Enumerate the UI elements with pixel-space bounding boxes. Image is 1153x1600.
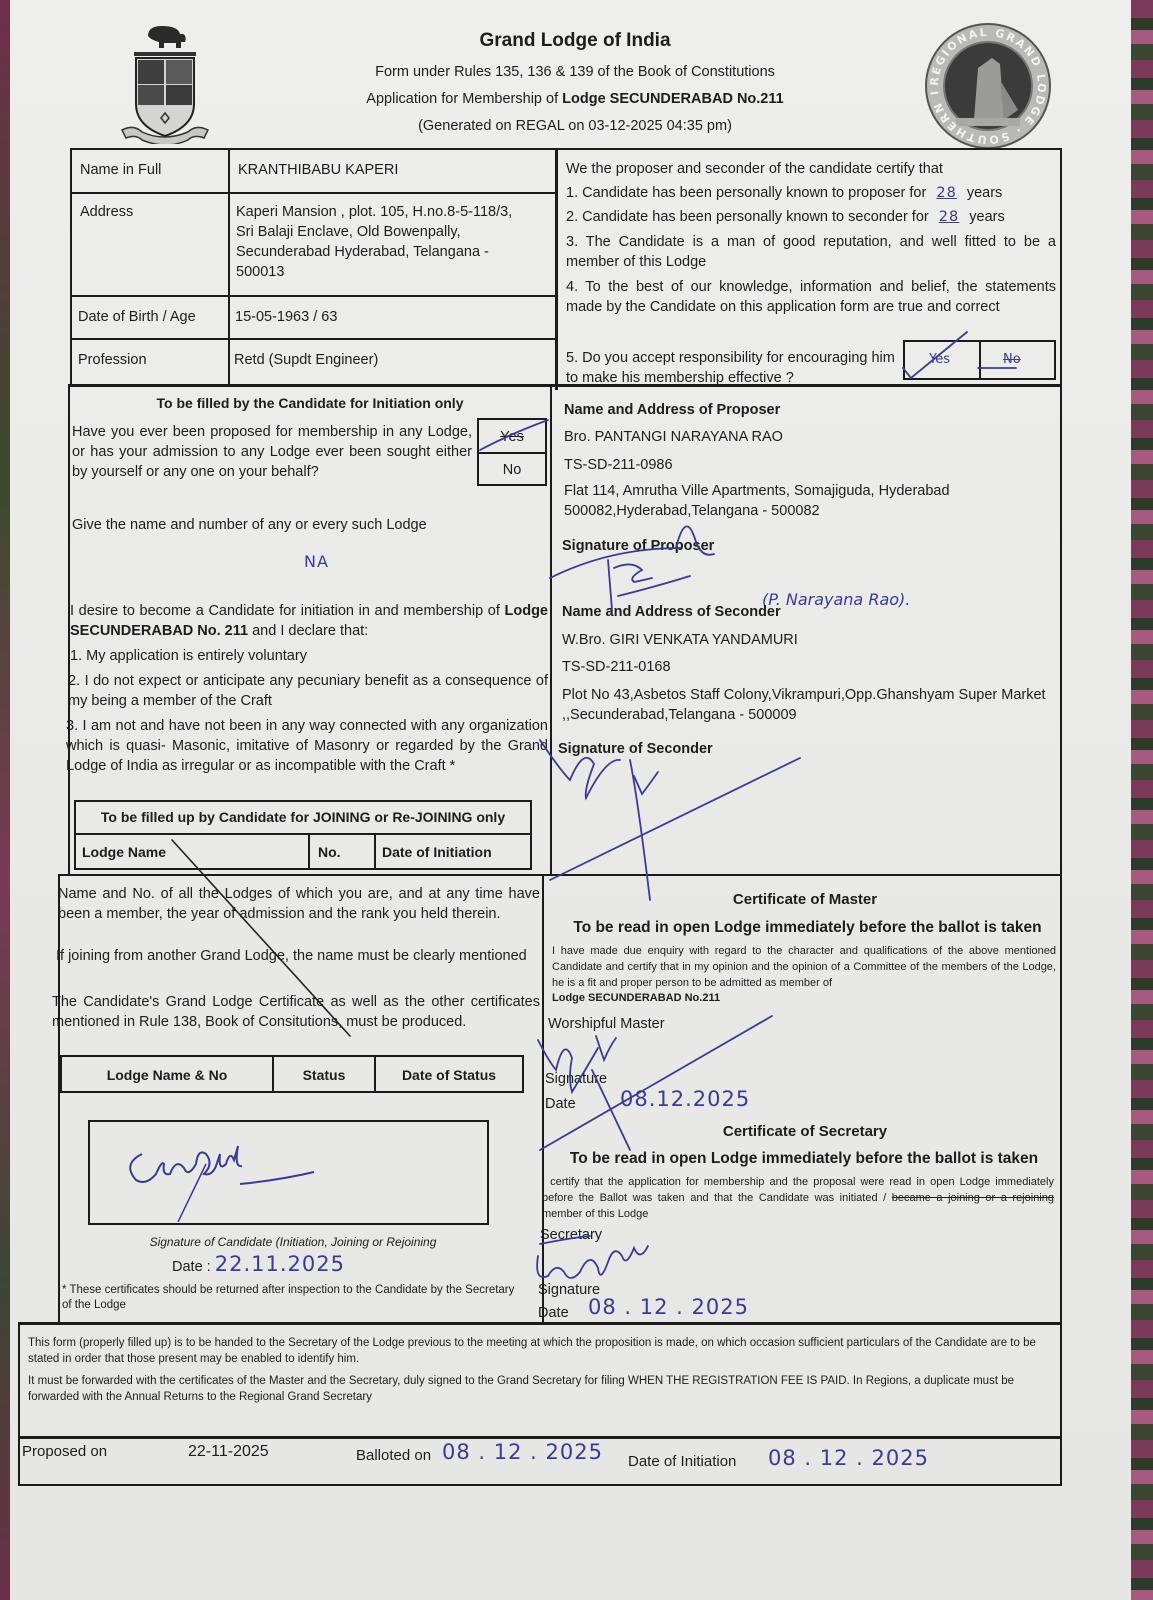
application-form-sheet: REGIONAL GRAND LODGE · SOUTHERN INDIA · … (10, 0, 1131, 1600)
label-date-of-birth-age: Date of Birth / Age (78, 307, 196, 327)
initiation-answer-box: Yes No (477, 418, 547, 486)
certify-item-2: 2. Candidate has been personally known t… (566, 207, 1005, 227)
master-signature-label: Signature (545, 1069, 607, 1089)
proposed-on-label: Proposed on (22, 1442, 107, 1462)
date-of-initiation-value[interactable]: 08 . 12 . 2025 (768, 1448, 929, 1468)
declaration-item-2: 2. I do not expect or anticipate any pec… (68, 671, 548, 711)
secretary-date-label: Date (538, 1303, 569, 1323)
value-address: Kaperi Mansion , plot. 105, H.no.8-5-118… (236, 202, 551, 282)
candidate-signature-box[interactable] (88, 1120, 489, 1225)
joining-heading: To be filled up by Candidate for JOINING… (76, 807, 530, 827)
candidate-signature-icon (90, 1122, 490, 1222)
status-col-status: Status (274, 1065, 374, 1085)
joining-note-2: If joining from another Grand Lodge, the… (56, 946, 540, 966)
secretary-certificate-body: I certify that the application for membe… (542, 1174, 1054, 1222)
seconder-heading: Name and Address of Seconder (562, 602, 781, 622)
secretary-certificate-subheading: To be read in open Lodge immediately bef… (548, 1149, 1060, 1169)
label-profession: Profession (78, 350, 147, 370)
certify-item-4: 4. To the best of our knowledge, informa… (566, 277, 1056, 317)
responsibility-no-option[interactable]: No (1003, 350, 1021, 370)
form-title: Grand Lodge of India (310, 30, 840, 52)
generated-timestamp: (Generated on REGAL on 03-12-2025 04:35 … (310, 118, 840, 134)
certify-intro: We the proposer and seconder of the cand… (566, 159, 943, 179)
joining-col-date-of-initiation: Date of Initiation (382, 842, 492, 862)
initiation-no-option[interactable]: No (479, 460, 545, 480)
master-date-label: Date (545, 1094, 576, 1114)
joining-col-lodge-name: Lodge Name (82, 842, 166, 862)
seconder-name: W.Bro. GIRI VENKATA YANDAMURI (562, 630, 798, 650)
background-fabric-right (1131, 0, 1153, 1600)
seconder-address: Plot No 43,Asbetos Staff Colony,Vikrampu… (562, 685, 1052, 725)
balloted-on-label: Balloted on (356, 1446, 431, 1466)
lodge-answer[interactable]: NA (304, 552, 329, 572)
proposed-on-value: 22-11-2025 (188, 1442, 269, 1462)
value-date-of-birth-age: 15-05-1963 / 63 (235, 307, 337, 327)
master-certificate-subheading: To be read in open Lodge immediately bef… (555, 918, 1060, 938)
declaration-item-3: 3. I am not and have not been in any way… (66, 716, 548, 776)
application-heading: Application for Membership of Lodge SECU… (310, 91, 840, 107)
master-certificate-body: I have made due enquiry with regard to t… (552, 943, 1056, 991)
lodge-prompt: Give the name and number of any or every… (72, 515, 427, 535)
joining-note-3: The Candidate's Grand Lodge Certificate … (52, 992, 540, 1032)
initiation-heading: To be filled by the Candidate for Initia… (70, 393, 550, 413)
candidate-date-value[interactable]: 22.11.2025 (215, 1252, 345, 1276)
proposer-heading: Name and Address of Proposer (564, 400, 780, 420)
candidate-signature-caption: Signature of Candidate (Initiation, Join… (58, 1232, 528, 1252)
date-of-initiation-label: Date of Initiation (628, 1452, 736, 1472)
status-col-date-of-status: Date of Status (376, 1065, 522, 1085)
proposer-years-field[interactable]: 28 (930, 185, 962, 201)
certify-item-3: 3. The Candidate is a man of good reputa… (566, 232, 1056, 272)
balloted-on-value[interactable]: 08 . 12 . 2025 (442, 1442, 603, 1462)
value-name-in-full: KRANTHIBABU KAPERI (238, 160, 398, 180)
seconder-signature-label: Signature of Seconder (558, 739, 713, 759)
certify-item-5: 5. Do you accept responsibility for enco… (566, 348, 906, 388)
certificates-footnote: * These certificates should be returned … (62, 1283, 522, 1313)
grand-lodge-crest-icon (120, 22, 210, 144)
secretary-certificate-heading: Certificate of Secretary (555, 1122, 1055, 1142)
status-col-lodge-name-no: Lodge Name & No (62, 1065, 272, 1085)
initiation-question: Have you ever been proposed for membersh… (72, 422, 472, 482)
form-subtitle: Form under Rules 135, 136 & 139 of the B… (310, 64, 840, 80)
regional-grand-lodge-seal-icon: REGIONAL GRAND LODGE · SOUTHERN INDIA · (922, 20, 1054, 152)
joining-col-number: No. (318, 842, 341, 862)
responsibility-yes-option[interactable]: Yes (929, 350, 950, 370)
certify-item-1: 1. Candidate has been personally known t… (566, 183, 1002, 203)
seconder-years-field[interactable]: 28 (933, 209, 965, 225)
master-role-label: Worshipful Master (548, 1014, 665, 1034)
status-table: Lodge Name & No Status Date of Status (60, 1055, 524, 1093)
proposer-reg-no: TS-SD-211-0986 (564, 455, 673, 475)
proposer-signature-label: Signature of Proposer (562, 536, 714, 556)
declaration-item-1: 1. My application is entirely voluntary (70, 646, 307, 666)
declaration-intro: I desire to become a Candidate for initi… (70, 601, 548, 641)
secretary-date-value[interactable]: 08 . 12 . 2025 (588, 1297, 749, 1317)
proposer-name: Bro. PANTANGI NARAYANA RAO (564, 427, 783, 447)
joining-note-1: Name and No. of all the Lodges of which … (58, 884, 540, 924)
proposer-handwritten-name: (P. Narayana Rao). (762, 590, 910, 610)
label-name-in-full: Name in Full (80, 160, 161, 180)
initiation-yes-option[interactable]: Yes (479, 427, 545, 447)
candidate-signature-date: Date : 22.11.2025 (172, 1254, 345, 1277)
responsibility-choice: Yes No (903, 340, 1056, 380)
master-certificate-heading: Certificate of Master (555, 890, 1055, 910)
label-address: Address (80, 202, 133, 222)
joining-table: To be filled up by Candidate for JOINING… (74, 800, 532, 870)
seconder-reg-no: TS-SD-211-0168 (562, 657, 671, 677)
proposer-address: Flat 114, Amrutha Ville Apartments, Soma… (564, 481, 1004, 521)
master-certificate-lodge: Lodge SECUNDERABAD No.211 (552, 990, 720, 1006)
value-profession: Retd (Supdt Engineer) (234, 350, 378, 370)
master-date-value[interactable]: 08.12.2025 (620, 1089, 750, 1109)
secretary-role-label: Secretary (540, 1225, 602, 1245)
instructions-para-2: It must be forwarded with the certificat… (28, 1373, 1058, 1405)
instructions-para-1: This form (properly filled up) is to be … (28, 1335, 1058, 1367)
